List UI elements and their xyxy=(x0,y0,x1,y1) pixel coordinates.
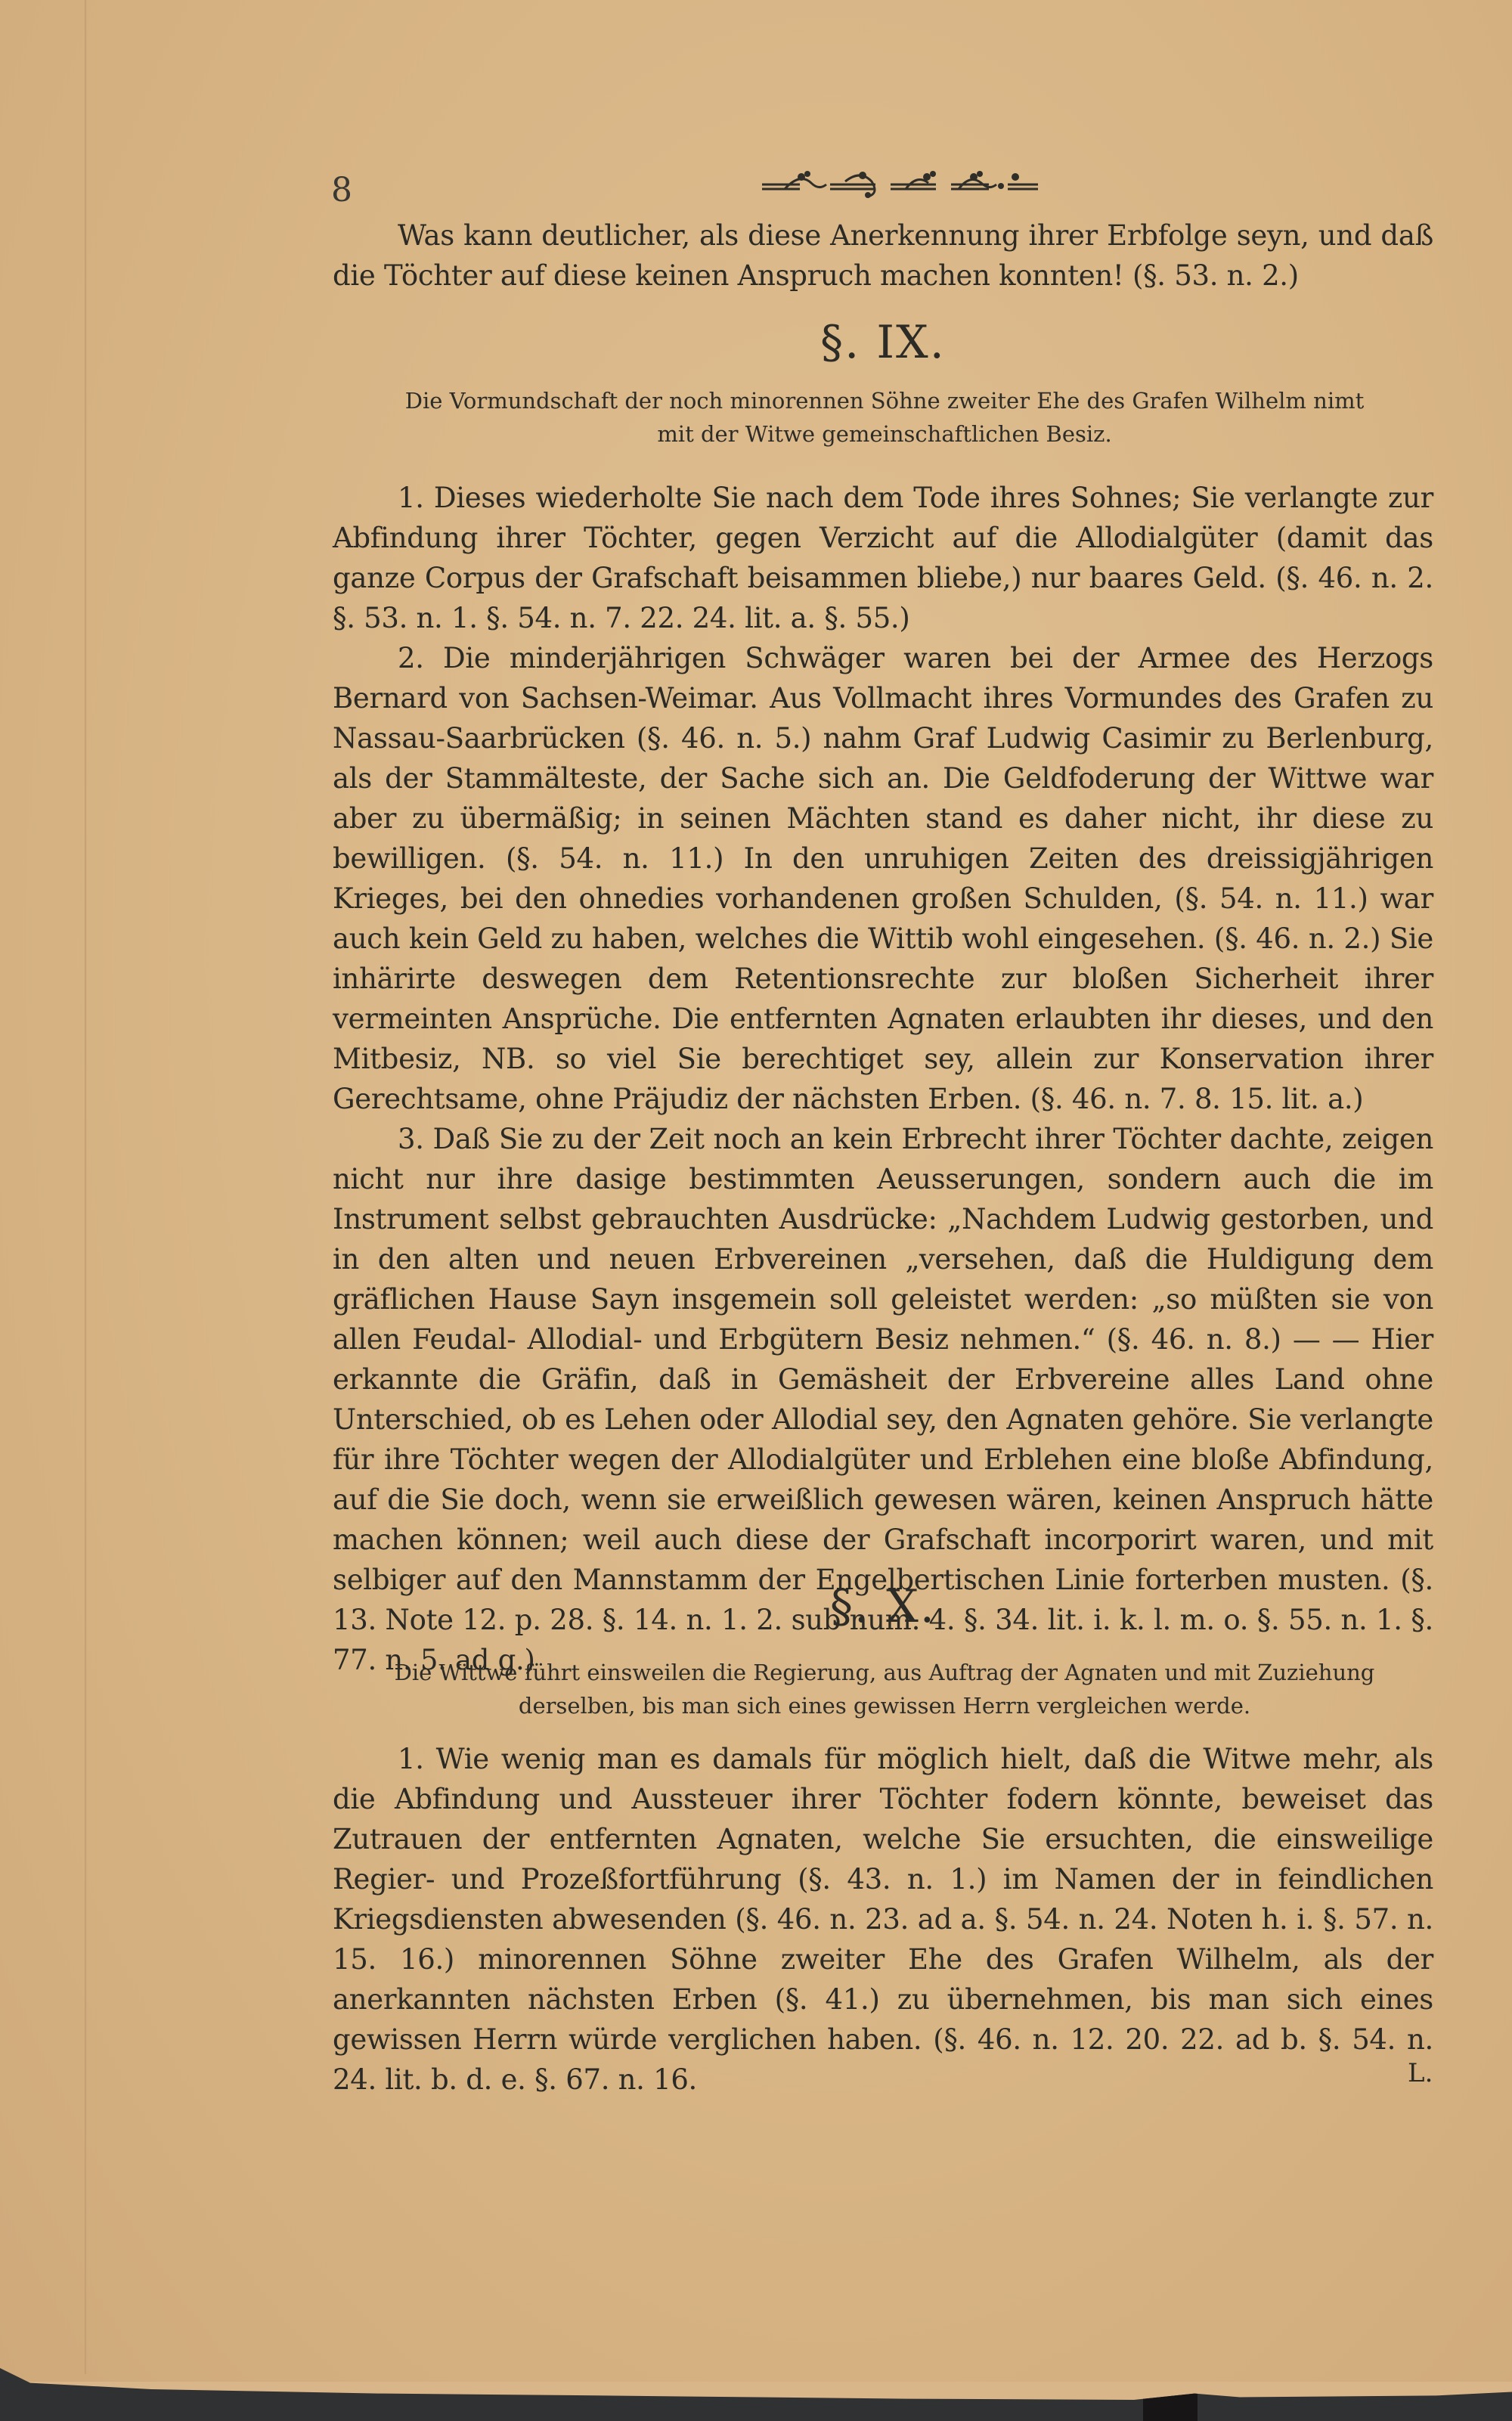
scanner-clip-strip xyxy=(1143,2389,1198,2421)
section-x-summary-line-1: Die Wittwe führt einsweilen die Regierun… xyxy=(355,1656,1414,1689)
intro-paragraph: Was kann deutlicher, als diese Anerkennu… xyxy=(333,215,1433,296)
section-ix-summary: Die Vormundschaft der noch minorennen Sö… xyxy=(355,384,1414,451)
section-x-heading: §. X. xyxy=(333,1580,1433,1633)
section-ix-summary-line-1: Die Vormundschaft der noch minorennen Sö… xyxy=(355,384,1414,417)
section-ix-body: 1. Dieses wiederholte Sie nach dem Tode … xyxy=(333,478,1433,1680)
paper-fold-line xyxy=(85,0,87,2374)
catchword: L. xyxy=(1408,2058,1433,2088)
section-x-summary-line-2: derselben, bis man sich eines gewissen H… xyxy=(355,1689,1414,1722)
page-header: 8 xyxy=(331,165,1435,210)
section-x-paragraph-1: 1. Wie wenig man es damals für möglich h… xyxy=(333,1739,1433,2100)
page-scan: 8 Was kann deutlicher, al xyxy=(0,0,1512,2382)
section-ix-heading: §. IX. xyxy=(333,316,1433,369)
section-x-body: 1. Wie wenig man es damals für möglich h… xyxy=(333,1739,1433,2100)
intro-paragraph-block: Was kann deutlicher, als diese Anerkennu… xyxy=(333,215,1433,296)
section-x-summary: Die Wittwe führt einsweilen die Regierun… xyxy=(355,1656,1414,1722)
fleuron-ornament-icon xyxy=(754,168,1042,198)
section-ix-paragraph-1: 1. Dieses wiederholte Sie nach dem Tode … xyxy=(333,478,1433,638)
section-ix-paragraph-2: 2. Die minderjährigen Schwäger waren bei… xyxy=(333,638,1433,1119)
page-number: 8 xyxy=(331,171,352,209)
section-ix-summary-line-2: mit der Witwe gemeinschaftlichen Besiz. xyxy=(355,417,1414,451)
